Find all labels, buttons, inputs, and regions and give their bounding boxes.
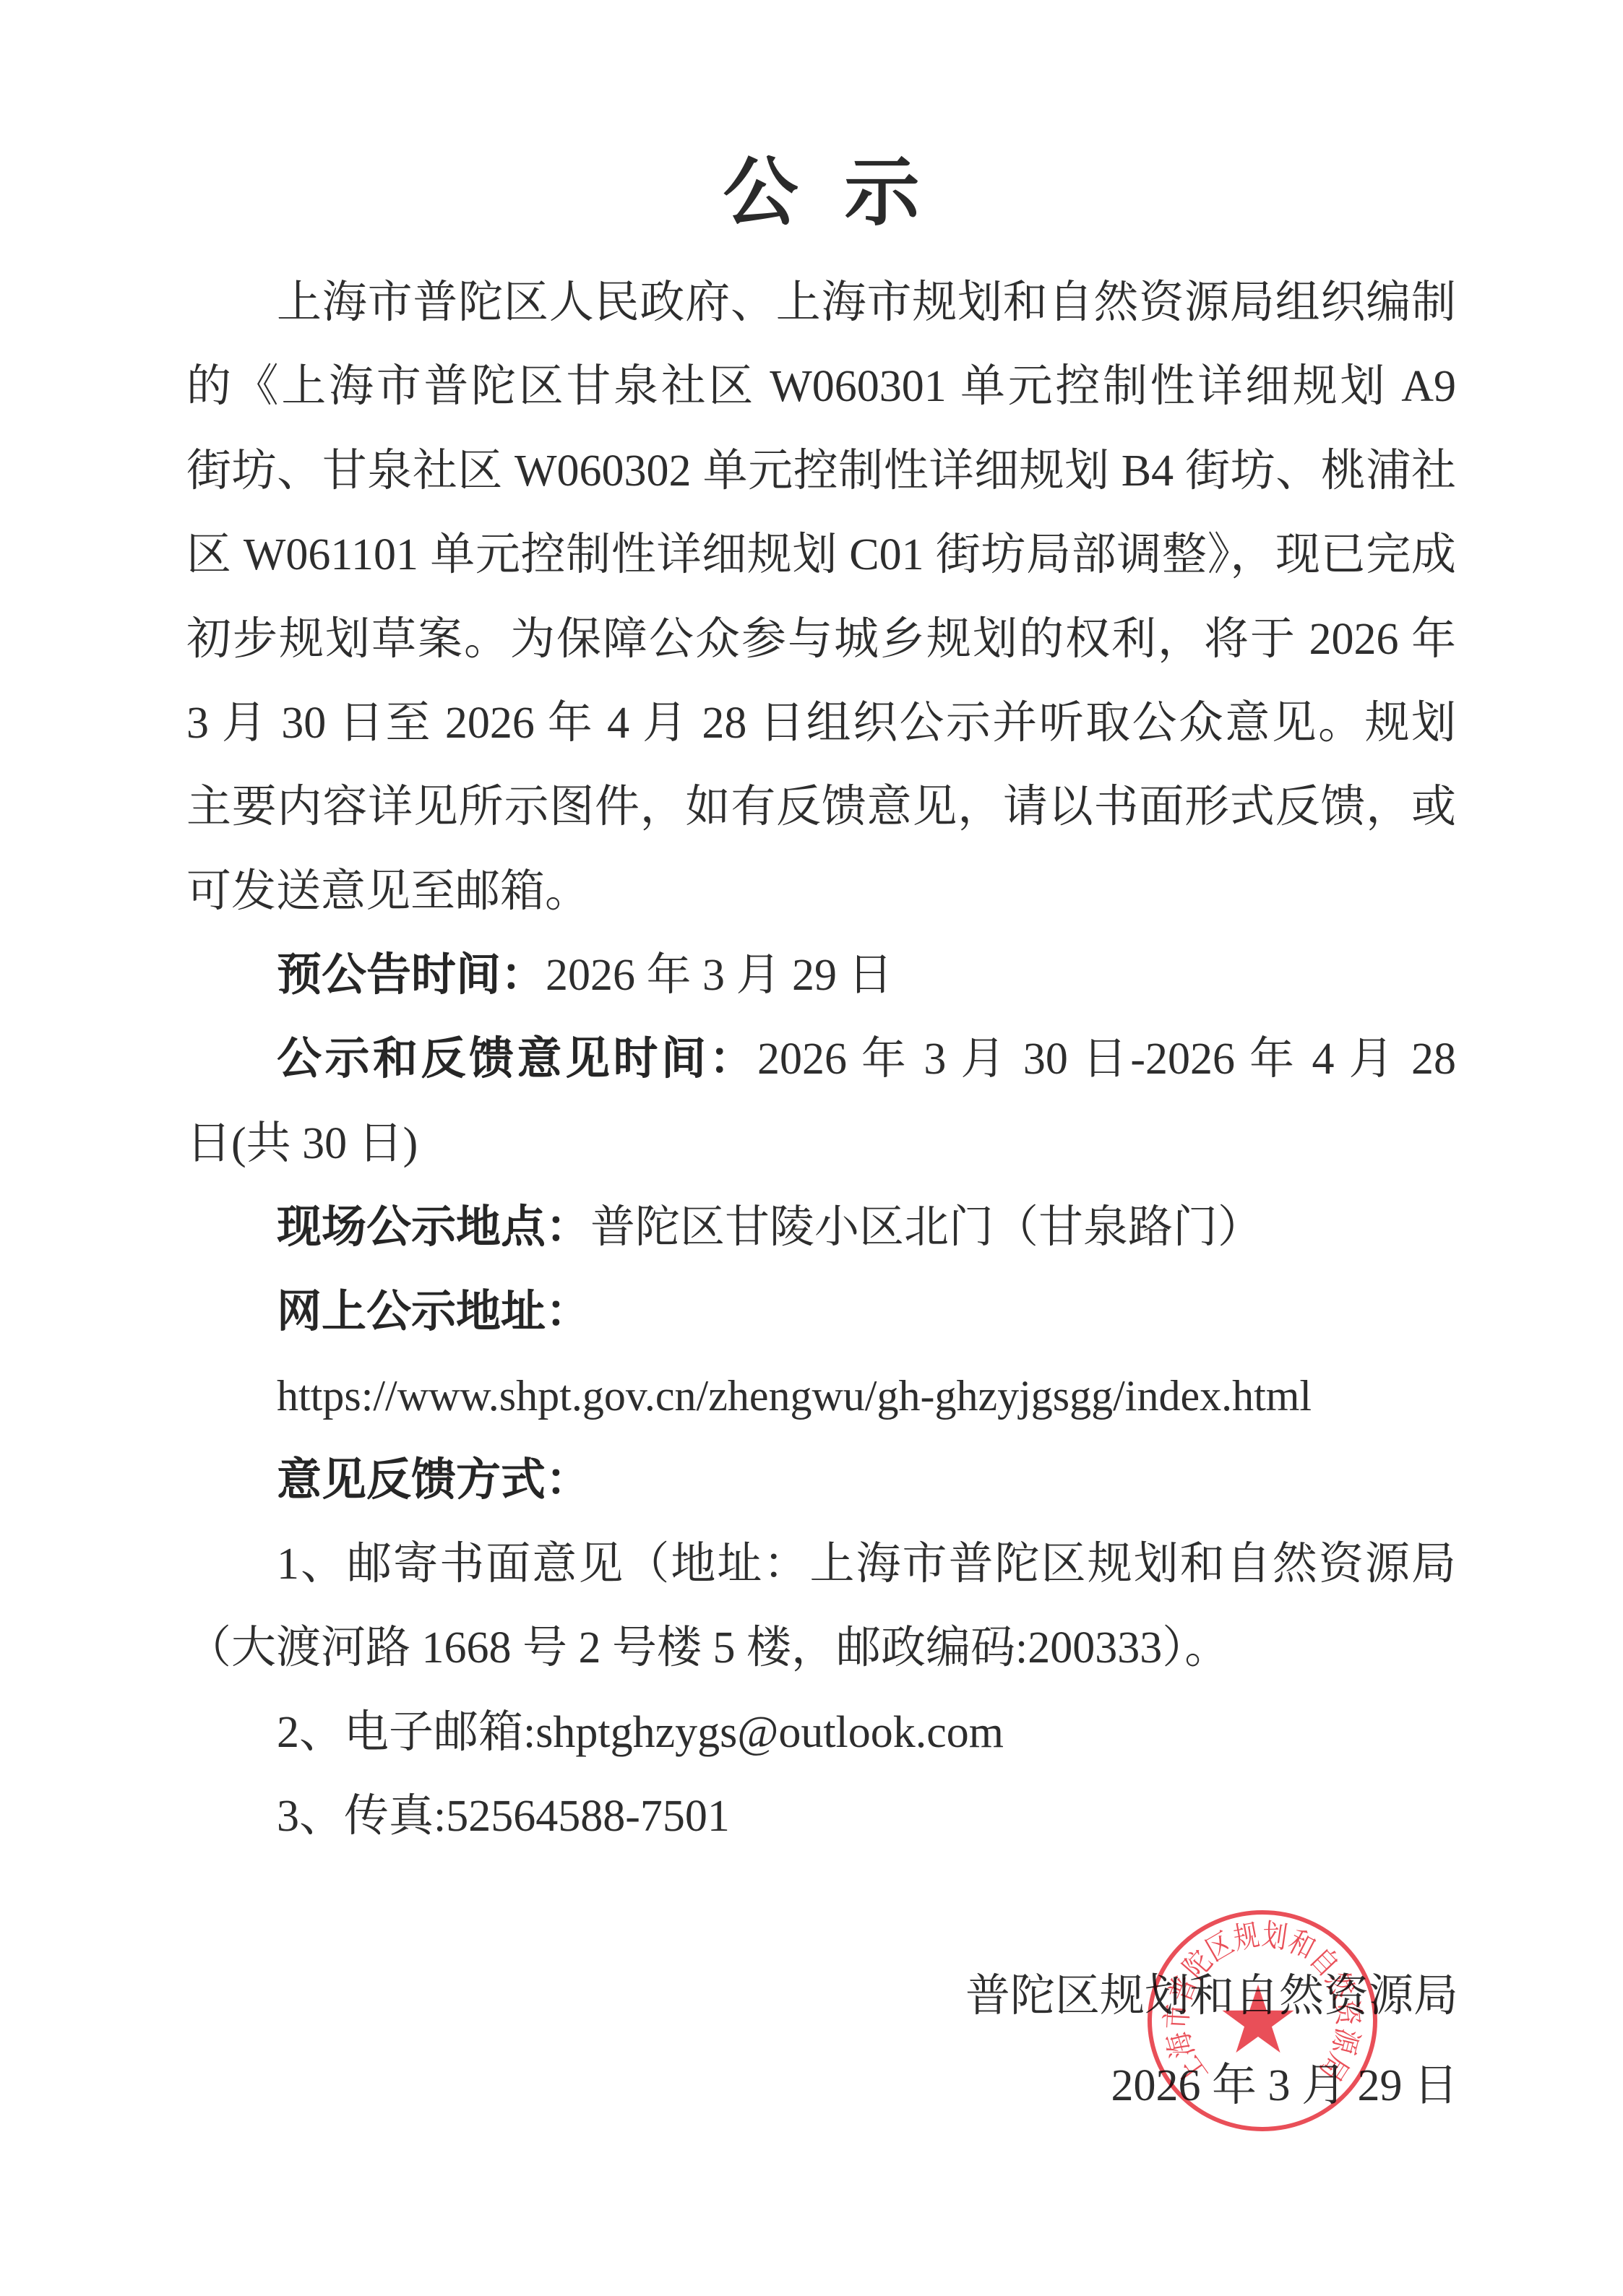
email-prefix: 2、电子邮箱:: [277, 1708, 535, 1757]
feedback-period-label: 公示和反馈意见时间：: [277, 1035, 757, 1084]
feedback-method-fax: 3、传真:52564588-7501: [277, 1774, 1456, 1858]
paragraph-line: 街坊、甘泉社区 W060302 单元控制性详细规划 B4 街坊、桃浦社: [186, 429, 1456, 513]
paragraph-line: 3 月 30 日至 2026 年 4 月 28 日组织公示并听取公众意见。规划: [186, 681, 1456, 765]
paragraph-line: 上海市普陀区人民政府、上海市规划和自然资源局组织编制: [277, 261, 1456, 345]
online-address-url: https://www.shpt.gov.cn/zhengwu/gh-ghzyj…: [277, 1354, 1456, 1438]
feedback-period-value-cont: 日(共 30 日): [186, 1102, 1456, 1186]
online-address-label: 网上公示地址：: [277, 1287, 590, 1337]
pre-announcement-row: 预公告时间：2026 年 3 月 29 日: [277, 933, 1456, 1017]
feedback-methods-label-row: 意见反馈方式：: [277, 1438, 1456, 1522]
paragraph-line: 主要内容详见所示图件，如有反馈意见，请以书面形式反馈，或: [186, 765, 1456, 849]
notice-document: 公示 上海市普陀区人民政府、上海市规划和自然资源局组织编制 的《上海市普陀区甘泉…: [0, 0, 1623, 2296]
fax-prefix: 3、传真:: [277, 1792, 446, 1841]
feedback-method-mail: 1、邮寄书面意见（地址：上海市普陀区规划和自然资源局: [277, 1522, 1456, 1606]
feedback-period-row: 公示和反馈意见时间：2026 年 3 月 30 日-2026 年 4 月 28: [277, 1017, 1456, 1101]
feedback-method-email: 2、电子邮箱:shptghzygs@outlook.com: [277, 1691, 1456, 1774]
document-title: 公示: [186, 147, 1456, 241]
fax-number: 52564588-7501: [446, 1792, 730, 1841]
star-icon: [1223, 1985, 1294, 2053]
email-address: shptghzygs@outlook.com: [535, 1708, 1004, 1757]
paragraph-line: 的《上海市普陀区甘泉社区 W060301 单元控制性详细规划 A9: [186, 345, 1456, 428]
paragraph-line: 可发送意见至邮箱。: [186, 850, 1456, 933]
feedback-methods-label: 意见反馈方式：: [277, 1456, 590, 1505]
official-seal: 上海市普陀区规划和自然资源局: [1125, 1883, 1400, 2158]
feedback-method-mail-address: （大渡河路 1668 号 2 号楼 5 楼，邮政编码:200333）。: [186, 1606, 1456, 1690]
pre-announcement-label: 预公告时间：: [277, 951, 546, 1000]
onsite-location-row: 现场公示地点：普陀区甘陵小区北门（甘泉路门）: [277, 1186, 1456, 1269]
pre-announcement-value: 2026 年 3 月 29 日: [546, 951, 893, 1000]
onsite-location-value: 普陀区甘陵小区北门（甘泉路门）: [590, 1203, 1262, 1252]
feedback-period-value: 2026 年 3 月 30 日-2026 年 4 月 28: [757, 1035, 1456, 1084]
online-address-label-row: 网上公示地址：: [277, 1270, 1456, 1354]
paragraph-line: 区 W061101 单元控制性详细规划 C01 街坊局部调整》，现已完成: [186, 513, 1456, 597]
onsite-location-label: 现场公示地点：: [277, 1203, 590, 1252]
paragraph-line: 初步规划草案。为保障公众参与城乡规划的权利，将于 2026 年: [186, 597, 1456, 681]
